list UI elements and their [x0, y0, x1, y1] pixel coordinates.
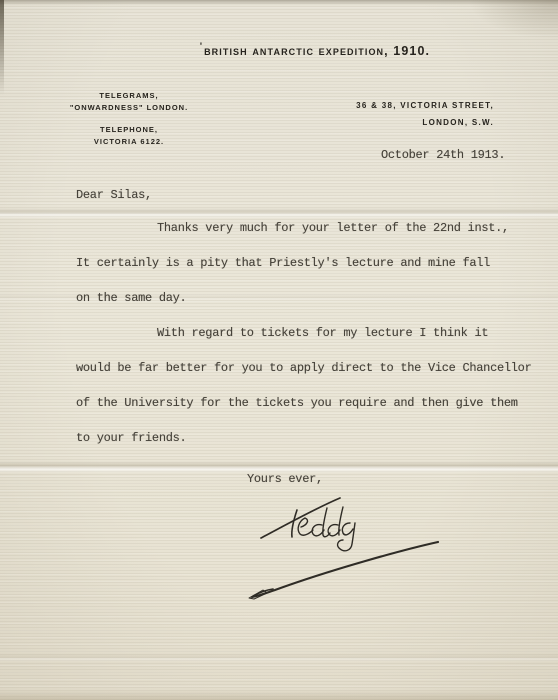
salutation: Dear Silas, — [76, 188, 152, 202]
body-line: to your friends. — [76, 432, 531, 445]
scan-corner-top-right — [468, 0, 558, 40]
telegrams-block: TELEGRAMS, "ONWARDNESS" LONDON. TELEPHON… — [38, 90, 220, 148]
fold-crease — [0, 653, 558, 662]
telegrams-address: "ONWARDNESS" LONDON. — [38, 102, 220, 114]
scan-edge-left — [0, 0, 4, 95]
telephone-label: TELEPHONE, — [38, 124, 220, 136]
fold-crease — [0, 208, 558, 218]
letter-body: Thanks very much for your letter of the … — [76, 222, 531, 467]
street-address: 36 & 38, VICTORIA STREET, — [322, 97, 494, 114]
signature-name: Teddy — [0, 0, 1, 1]
scan-edge-top — [0, 0, 558, 5]
city-address: LONDON, S.W. — [322, 114, 494, 131]
body-line: It certainly is a pity that Priestly's l… — [76, 257, 531, 270]
body-line: Thanks very much for your letter of the … — [76, 222, 531, 235]
letter-page: 'British Antarctic Expedition, 1910. TEL… — [0, 0, 558, 700]
letterhead-title-row: 'British Antarctic Expedition, 1910. — [148, 41, 482, 60]
body-line: of the University for the tickets you re… — [76, 397, 531, 410]
pen-tick-mark: ' — [200, 41, 202, 51]
body-line: With regard to tickets for my lecture I … — [76, 327, 531, 340]
body-line: on the same day. — [76, 292, 531, 305]
page-title: British Antarctic Expedition, 1910. — [204, 44, 430, 58]
body-line: would be far better for you to apply dir… — [76, 362, 531, 375]
letter-date: October 24th 1913. — [381, 148, 505, 162]
telegrams-label: TELEGRAMS, — [38, 90, 220, 102]
telephone-number: VICTORIA 6122. — [38, 136, 220, 148]
scan-edge-bottom — [0, 690, 558, 700]
address-block: 36 & 38, VICTORIA STREET, LONDON, S.W. — [322, 97, 494, 131]
closing-line: Yours ever, — [247, 472, 323, 486]
